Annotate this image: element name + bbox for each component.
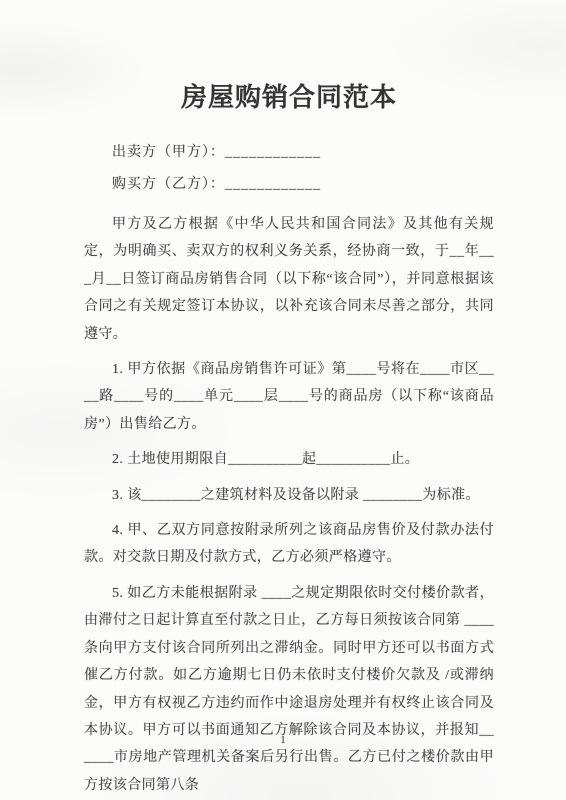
clause-2-paragraph: 2. 土地使用期限自__________起__________止。 [84, 446, 494, 473]
preamble-paragraph: 甲方及乙方根据《中华人民共和国合同法》及其他有关规定，为明确买、卖双方的权利义务… [84, 211, 494, 348]
seller-party-line: 出卖方（甲方）：____________ [112, 142, 494, 164]
clause-5-paragraph: 5. 如乙方未能根据附录 ____之规定期限依时交付楼价款者，由滞付之日起计算直… [84, 580, 494, 799]
buyer-party-line: 购买方（乙方）：____________ [112, 174, 494, 196]
contract-page: 房屋购销合同范本 出卖方（甲方）：____________ 购买方（乙方）：__… [0, 0, 566, 800]
document-title: 房屋购销合同范本 [84, 80, 494, 116]
clause-4-paragraph: 4. 甲、乙双方同意按附录所列之该商品房售价及付款办法付款。对交款日期及付款方式… [84, 517, 494, 572]
page-number: 1 [0, 733, 566, 747]
clause-1-paragraph: 1. 甲方依据《商品房销售许可证》第____号将在____市区____路____… [84, 356, 494, 438]
clause-3-paragraph: 3. 该________之建筑材料及设备以附录 ________为标准。 [84, 482, 494, 509]
